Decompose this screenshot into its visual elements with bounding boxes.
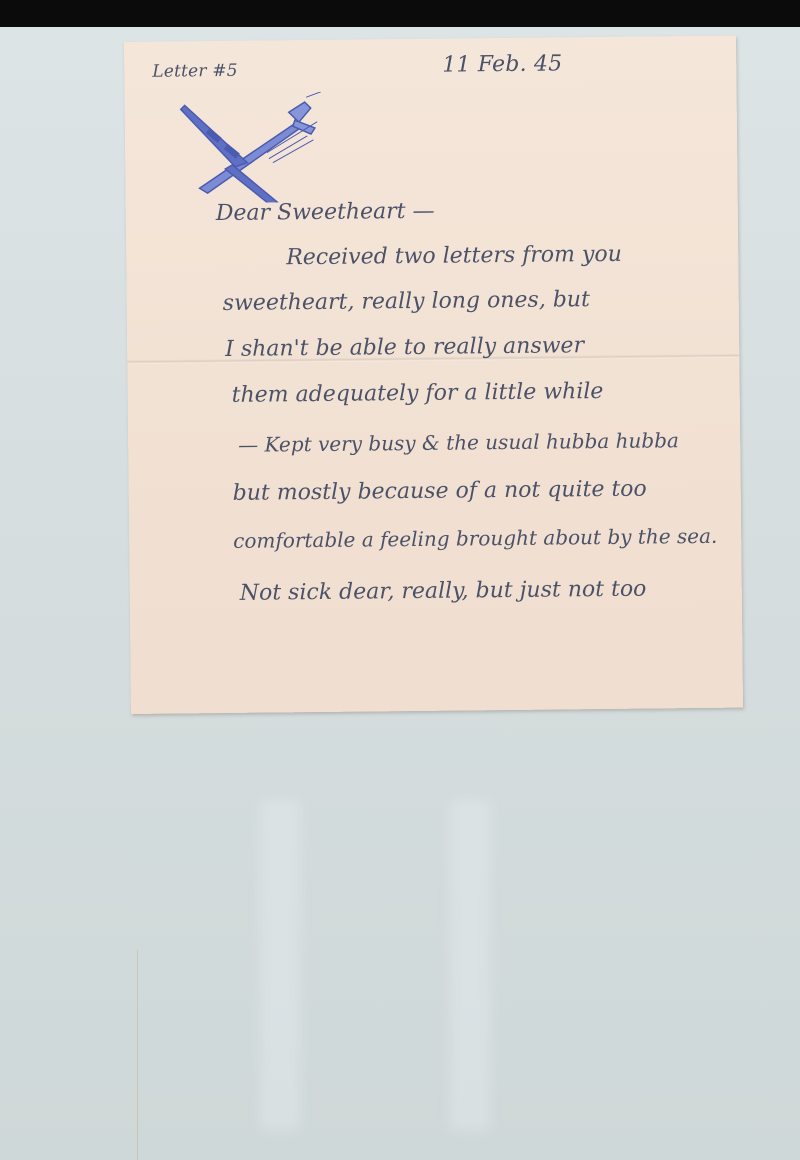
body-line: them adequately for a little while: [232, 379, 604, 408]
salutation: Dear Sweetheart —: [216, 199, 435, 226]
body-line: but mostly because of a not quite too: [233, 477, 647, 506]
letter-number: Letter #5: [152, 61, 238, 82]
body-line: sweetheart, really long ones, but: [223, 287, 590, 316]
body-line: Received two letters from you: [286, 242, 622, 271]
body-line: Not sick dear, really, but just not too: [240, 577, 647, 606]
letter-sheet: Letter #5 11 Feb. 45 Dear Sweetheart — R…: [124, 36, 743, 714]
body-line: I shan't be able to really answer: [225, 333, 584, 362]
scan-line-artifact: [137, 950, 138, 1160]
airplane-icon: [177, 92, 328, 204]
scan-artifact: [450, 800, 490, 1130]
body-line: — Kept very busy & the usual hubba hubba: [238, 428, 679, 457]
scanner-top-edge: [0, 0, 800, 27]
body-line: comfortable a feeling brought about by t…: [233, 524, 717, 553]
scan-artifact: [260, 800, 300, 1130]
letter-date: 11 Feb. 45: [442, 51, 562, 77]
